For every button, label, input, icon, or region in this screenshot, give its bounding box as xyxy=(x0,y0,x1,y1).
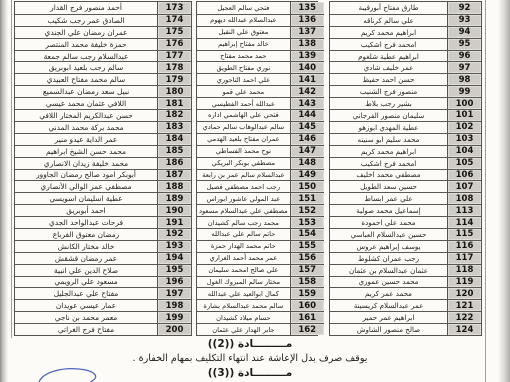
table-row: 189عطية اسليمان اسويسي xyxy=(15,192,191,204)
member-name: طارق مفتاح أبورقيبة xyxy=(330,2,447,14)
member-name: محمد علي احمودة xyxy=(330,217,447,228)
member-name: عبدالسلام سالم عمر بن رابعة xyxy=(197,170,290,181)
member-name: نوري مفتاح الطويق xyxy=(197,62,290,73)
member-number: 194 xyxy=(157,253,191,264)
table-row: 119محمد حسين عموري xyxy=(330,276,481,288)
table-row: 146عمران مفتاح بلعيد الهدمي xyxy=(197,133,324,145)
table-row: 122ابراهيم عمر حمير xyxy=(330,311,481,323)
table-row: 191فرحات عبدالواحد الجدي xyxy=(15,216,191,228)
member-number: 120 xyxy=(447,288,481,299)
member-name: سليمان منصور الفرجاني xyxy=(330,110,447,121)
member-number: 197 xyxy=(157,288,191,299)
member-name: مصطفي محمد اخليف xyxy=(330,170,447,181)
member-number: 98 xyxy=(447,74,481,85)
member-name: عمر عبدالسلام كريسينة xyxy=(330,300,447,311)
member-number: 155 xyxy=(290,241,324,252)
table-row: 194عمر رمضان قشقش xyxy=(15,252,191,264)
member-name: رجب عمران كشلوط xyxy=(330,253,447,264)
member-number: 186 xyxy=(157,158,191,169)
member-name: محمد سليم ابو سنينه xyxy=(330,134,447,145)
member-number: 185 xyxy=(157,146,191,157)
table-row: 97عمر خليف شادي xyxy=(330,61,481,73)
member-name: ابراهيم عمر حمير xyxy=(330,312,447,323)
member-number: 148 xyxy=(290,158,324,169)
member-name: فرحات عبدالواحد الجدي xyxy=(15,217,157,228)
member-number: 119 xyxy=(447,277,481,288)
member-name: إسماعيل محمد صولية xyxy=(330,205,447,216)
table-row: 148مصطفي بوبكر البريكي xyxy=(197,157,324,169)
member-number: 196 xyxy=(157,277,191,288)
table-row: 100بشير رجب بلاط xyxy=(330,97,481,109)
table-row: 178سالم رجب بلعيد ابوبريق xyxy=(15,61,191,73)
table-row: 107حسين سعد الطويل xyxy=(330,180,481,192)
frame-line-right xyxy=(485,0,486,382)
member-number: 116 xyxy=(447,241,481,252)
table-row: 94ابراهيم محمد كريم xyxy=(330,26,481,38)
member-name: خالد مختار الكانش xyxy=(15,241,157,252)
member-number: 177 xyxy=(157,51,191,62)
member-number: 187 xyxy=(157,170,191,181)
member-name: مصطفي عمر الوالي الأنصاري xyxy=(15,181,157,192)
member-number: 199 xyxy=(157,312,191,323)
table-row: 104ابراهيم محمد كريم xyxy=(330,145,481,157)
member-number: 136 xyxy=(290,15,324,26)
member-number: 161 xyxy=(290,312,324,323)
table-row: 138خالد مفتاح إبراهيم xyxy=(197,38,324,50)
table-row: 195صلاح الدين علي انبية xyxy=(15,264,191,276)
member-number: 141 xyxy=(290,74,324,85)
member-name: سالم محمد مفتاح العبيدي xyxy=(15,74,157,85)
member-number: 114 xyxy=(447,217,481,228)
member-name: امحمد فرج اشكيب xyxy=(330,158,447,169)
table-row: 135فتحي سالم العجيل xyxy=(197,2,324,14)
member-number: 200 xyxy=(157,324,191,335)
frame-line-left xyxy=(11,0,12,338)
member-name: امحمد فرج اشكيب xyxy=(330,39,447,50)
member-name: فتحي علي الهاشمي اداره xyxy=(197,110,290,121)
member-name: فتحي سالم العجيل xyxy=(197,2,290,14)
member-number: 195 xyxy=(157,265,191,276)
member-number: 192 xyxy=(157,229,191,240)
member-name: عبد المولي عاشور ابوراس xyxy=(197,193,290,204)
table-row: 190احمد أبوبريق xyxy=(15,204,191,216)
table-row: 157علي صالح امحمد سليمان xyxy=(197,264,324,276)
member-number: 122 xyxy=(447,312,481,323)
table-row: 193خالد مختار الكانش xyxy=(15,240,191,252)
table-row: 173أحمد منصور فرج القدار xyxy=(15,2,191,14)
table-row: 93علي سالم كرناقه xyxy=(330,14,481,26)
member-name: حاتم محمد الهدار حمزة xyxy=(197,241,290,252)
member-number: 96 xyxy=(447,51,481,62)
member-name: عبدالسلام رجب سالم جمعة xyxy=(15,51,157,62)
member-name: احمد أبوبريق xyxy=(15,205,157,216)
member-number: 180 xyxy=(157,86,191,97)
member-name: معمر محمد بن ناجي xyxy=(15,312,157,323)
member-name: محمد خليفة زيدان الانصاري xyxy=(15,158,157,169)
member-name: حمد محمد مفتاح xyxy=(197,51,290,62)
member-name: محمد حسين عموري xyxy=(330,277,447,288)
member-number: 143 xyxy=(290,98,324,109)
member-number: 146 xyxy=(290,134,324,145)
member-name: كمال ابوالعيد علي عبدالله xyxy=(197,288,290,299)
member-name: عطية المهدي ابوزهو xyxy=(330,122,447,133)
member-number: 107 xyxy=(447,181,481,192)
table-row: 144فتحي علي الهاشمي اداره xyxy=(197,109,324,121)
member-number: 160 xyxy=(290,300,324,311)
member-number: 108 xyxy=(447,193,481,204)
member-name: معتوق علي النقيل xyxy=(197,27,290,38)
member-number: 154 xyxy=(290,229,324,240)
member-name: عمر محمد أحمد الغراري xyxy=(197,253,290,264)
roster-table-middle: 135فتحي سالم العجيل136عبدالسلام عبدالله … xyxy=(196,1,318,336)
member-name: صالح منصور الشاوش xyxy=(330,324,447,335)
member-name: مفتاح فرج الغراتي xyxy=(15,324,157,335)
member-number: 147 xyxy=(290,146,324,157)
table-row: 108علي عمر ابساط xyxy=(330,192,481,204)
table-row: 199معمر محمد بن ناجي xyxy=(15,311,191,323)
member-number: 174 xyxy=(157,15,191,26)
member-name: ابراهيم عطية شلغوم xyxy=(330,51,447,62)
table-row: 184عمر الداية عيدو منير xyxy=(15,133,191,145)
table-row: 141علي احمد التاجوري xyxy=(197,73,324,85)
member-number: 152 xyxy=(290,205,324,216)
member-name: علي احمد التاجوري xyxy=(197,74,290,85)
table-row: 124صالح منصور الشاوش xyxy=(330,323,481,335)
member-name: مصطفي بوبكر البريكي xyxy=(197,158,290,169)
member-number: 121 xyxy=(447,300,481,311)
member-name: أحمد منصور فرج القدار xyxy=(15,2,157,14)
table-row: 196مسعود علي الرويمي xyxy=(15,276,191,288)
table-row: 151عبد المولي عاشور ابوراس xyxy=(197,192,324,204)
member-number: 118 xyxy=(447,265,481,276)
table-row: 95امحمد فرج اشكيب xyxy=(330,38,481,50)
member-name: عمر خليف شادي xyxy=(330,62,447,73)
table-row: 140نوري مفتاح الطويق xyxy=(197,61,324,73)
member-name: أبوبكر امود صالح رمضان الجاوور xyxy=(15,170,157,181)
table-row: 106مصطفي محمد اخليف xyxy=(330,169,481,181)
member-number: 124 xyxy=(447,324,481,335)
table-row: 182حسن عبدالكريم المختار اللافي xyxy=(15,109,191,121)
member-name: سالم محمد عبدالسلام بشارة xyxy=(197,300,290,311)
member-number: 181 xyxy=(157,98,191,109)
member-number: 145 xyxy=(290,122,324,133)
member-name: حسن احمد حفيظ xyxy=(330,74,447,85)
member-name: خالد مفتاح إبراهيم xyxy=(197,39,290,50)
table-row: 179سالم محمد مفتاح العبيدي xyxy=(15,73,191,85)
member-name: عمر رمضان قشقش xyxy=(15,253,157,264)
table-row: 158مختار سالم المبروك الغول xyxy=(197,276,324,288)
member-name: حسن عبدالكريم المختار اللافي xyxy=(15,110,157,121)
table-row: 200مفتاح فرج الغراتي xyxy=(15,323,191,335)
member-name: ابراهيم محمد كريم xyxy=(330,146,447,157)
table-row: 154حاتم سالم علي عبدالله xyxy=(197,228,324,240)
member-number: 158 xyxy=(290,277,324,288)
member-number: 153 xyxy=(290,217,324,228)
table-row: 192رمضان معتوق الفرباع xyxy=(15,228,191,240)
table-row: 159كمال ابوالعيد علي عبدالله xyxy=(197,287,324,299)
member-number: 97 xyxy=(447,62,481,73)
member-name: صلاح الدين علي انبية xyxy=(15,265,157,276)
member-name: بشير رجب بلاط xyxy=(330,98,447,109)
table-row: 92طارق مفتاح أبورقيبة xyxy=(330,2,481,14)
member-number: 175 xyxy=(157,27,191,38)
member-number: 115 xyxy=(447,229,481,240)
member-name: جابر الهدار علي عثمان xyxy=(197,324,290,335)
member-name: محمد بركة محمد المدني xyxy=(15,122,157,133)
member-name: مصطفي علي عبدالسلام مسعود xyxy=(197,205,290,216)
member-number: 104 xyxy=(447,146,481,157)
member-number: 144 xyxy=(290,110,324,121)
table-row: 115حسين عبدالسلام العباسي xyxy=(330,228,481,240)
member-number: 149 xyxy=(290,170,324,181)
table-row: 117رجب عمران كشلوط xyxy=(330,252,481,264)
member-number: 173 xyxy=(157,2,191,14)
table-row: 152مصطفي علي عبدالسلام مسعود xyxy=(197,204,324,216)
member-number: 135 xyxy=(290,2,324,14)
member-number: 150 xyxy=(290,181,324,192)
table-row: 99منصور فرج الشنيب xyxy=(330,85,481,97)
table-row: 113إسماعيل محمد صولية xyxy=(330,204,481,216)
table-row: 102عطية المهدي ابوزهو xyxy=(330,121,481,133)
table-row: 156عمر محمد أحمد الغراري xyxy=(197,252,324,264)
member-name: مختار سالم المبروك الغول xyxy=(197,277,290,288)
member-number: 179 xyxy=(157,74,191,85)
member-name: عبدالله أحمد الفطيسي xyxy=(197,98,290,109)
member-number: 151 xyxy=(290,193,324,204)
member-name: محمد رجب سالم كشيدان xyxy=(197,217,290,228)
member-number: 188 xyxy=(157,181,191,192)
member-name: اللافي عثمان محمد عيسي xyxy=(15,98,157,109)
member-name: مسعود علي الرويمي xyxy=(15,277,157,288)
member-name: عبدالسلام عبدالله ديهوم xyxy=(197,15,290,26)
member-name: حسين عبدالسلام العباسي xyxy=(330,229,447,240)
scanned-document-page: 173أحمد منصور فرج القدار174الصادق عمر رج… xyxy=(0,0,510,382)
table-row: 176حمزة خليفة محمد المنتصر xyxy=(15,38,191,50)
member-name: عمر الداية عيدو منير xyxy=(15,134,157,145)
table-row: 183محمد بركة محمد المدني xyxy=(15,121,191,133)
member-number: 103 xyxy=(447,134,481,145)
member-number: 138 xyxy=(290,39,324,50)
table-row: 145سالم عبدالوهاب سالم حمادي xyxy=(197,121,324,133)
member-number: 94 xyxy=(447,27,481,38)
member-number: 183 xyxy=(157,122,191,133)
member-number: 142 xyxy=(290,86,324,97)
member-name: رمضان معتوق الفرباع xyxy=(15,229,157,240)
member-number: 176 xyxy=(157,39,191,50)
table-row: 153محمد رجب سالم كشيدان xyxy=(197,216,324,228)
member-number: 99 xyxy=(447,86,481,97)
pen-signature xyxy=(33,364,113,382)
member-name: الصادق عمر رجب شكيب xyxy=(15,15,157,26)
member-number: 198 xyxy=(157,300,191,311)
member-number: 157 xyxy=(290,265,324,276)
member-name: نوح محمد الفساطي xyxy=(197,146,290,157)
table-row: 175عمران رمضان علي الجندي xyxy=(15,26,191,38)
member-number: 189 xyxy=(157,193,191,204)
member-number: 140 xyxy=(290,62,324,73)
member-number: 117 xyxy=(447,253,481,264)
table-row: 143عبدالله أحمد الفطيسي xyxy=(197,97,324,109)
member-name: محمد علي قمو xyxy=(197,86,290,97)
member-name: منصور فرج الشنيب xyxy=(330,86,447,97)
member-name: حسين سعد الطويل xyxy=(330,181,447,192)
table-row: 177عبدالسلام رجب سالم جمعة xyxy=(15,50,191,62)
table-row: 147نوح محمد الفساطي xyxy=(197,145,324,157)
member-number: 190 xyxy=(157,205,191,216)
table-row: 160سالم محمد عبدالسلام بشارة xyxy=(197,299,324,311)
table-row: 96ابراهيم عطية شلغوم xyxy=(330,50,481,62)
table-row: 197مفتاح علي عبدالجليل xyxy=(15,287,191,299)
table-row: 137معتوق علي النقيل xyxy=(197,26,324,38)
page-edge-shadow-right xyxy=(498,0,510,382)
member-number: 139 xyxy=(290,51,324,62)
table-row: 118عثمان عبدالسلام بن عثمان xyxy=(330,264,481,276)
table-row: 174الصادق عمر رجب شكيب xyxy=(15,14,191,26)
roster-table-left: 173أحمد منصور فرج القدار174الصادق عمر رج… xyxy=(14,1,192,336)
member-name: حمزة خليفة محمد المنتصر xyxy=(15,39,157,50)
member-name: نبيل سعد رمضان عبدالسميع xyxy=(15,86,157,97)
member-name: يوسف إبراهيم عروس xyxy=(330,241,447,252)
member-number: 184 xyxy=(157,134,191,145)
table-row: 149عبدالسلام سالم عمر بن رابعة xyxy=(197,169,324,181)
member-name: عثمان عبدالسلام بن عثمان xyxy=(330,265,447,276)
table-row: 188مصطفي عمر الوالي الأنصاري xyxy=(15,180,191,192)
member-number: 102 xyxy=(447,122,481,133)
member-name: عمار عيسي عويدان xyxy=(15,300,157,311)
member-name: علي سالم كرناقه xyxy=(330,15,447,26)
table-row: 155حاتم محمد الهدار حمزة xyxy=(197,240,324,252)
member-name: علي صالح امحمد سليمان xyxy=(197,265,290,276)
member-number: 101 xyxy=(447,110,481,121)
table-row: 187أبوبكر امود صالح رمضان الجاوور xyxy=(15,169,191,181)
table-row: 98حسن احمد حفيظ xyxy=(330,73,481,85)
member-number: 193 xyxy=(157,241,191,252)
member-number: 159 xyxy=(290,288,324,299)
member-number: 178 xyxy=(157,62,191,73)
member-name: علي عمر ابساط xyxy=(330,193,447,204)
member-number: 191 xyxy=(157,217,191,228)
member-name: رجب احمد مصطفي فصيل xyxy=(197,181,290,192)
table-row: 101سليمان منصور الفرجاني xyxy=(330,109,481,121)
member-name: حاتم سالم علي عبدالله xyxy=(197,229,290,240)
member-name: ابراهيم محمد كريم xyxy=(330,27,447,38)
member-name: مفتاح علي عبدالجليل xyxy=(15,288,157,299)
page-edge-shadow-left xyxy=(0,0,9,382)
table-row: 186محمد خليفة زيدان الانصاري xyxy=(15,157,191,169)
table-row: 114محمد علي احمودة xyxy=(330,216,481,228)
table-row: 162جابر الهدار علي عثمان xyxy=(197,323,324,335)
table-row: 198عمار عيسي عويدان xyxy=(15,299,191,311)
table-row: 161حسام ميلاد كشيدان xyxy=(197,311,324,323)
member-number: 156 xyxy=(290,253,324,264)
table-row: 103محمد سليم ابو سنينه xyxy=(330,133,481,145)
member-number: 105 xyxy=(447,158,481,169)
member-name: حسام ميلاد كشيدان xyxy=(197,312,290,323)
member-name: عطية اسليمان اسويسي xyxy=(15,193,157,204)
roster-table-right: 92طارق مفتاح أبورقيبة93علي سالم كرناقه94… xyxy=(329,1,482,336)
member-number: 95 xyxy=(447,39,481,50)
member-name: محمد عمر كريم xyxy=(330,288,447,299)
member-number: 137 xyxy=(290,27,324,38)
table-row: 139حمد محمد مفتاح xyxy=(197,50,324,62)
member-name: عمران مفتاح بلعيد الهدمي xyxy=(197,134,290,145)
table-row: 185محمد حسن الشيخ ابراهيم xyxy=(15,145,191,157)
member-number: 92 xyxy=(447,2,481,14)
member-number: 93 xyxy=(447,15,481,26)
article-2-heading: مـــــــــادة ((2)) xyxy=(20,338,480,351)
member-number: 162 xyxy=(290,324,324,335)
member-name: سالم عبدالوهاب سالم حمادي xyxy=(197,122,290,133)
member-number: 182 xyxy=(157,110,191,121)
table-row: 180نبيل سعد رمضان عبدالسميع xyxy=(15,85,191,97)
member-name: عمران رمضان علي الجندي xyxy=(15,27,157,38)
member-name: سالم رجب بلعيد ابوبريق xyxy=(15,62,157,73)
table-row: 136عبدالسلام عبدالله ديهوم xyxy=(197,14,324,26)
table-row: 181اللافي عثمان محمد عيسي xyxy=(15,97,191,109)
table-row: 150رجب احمد مصطفي فصيل xyxy=(197,180,324,192)
member-name: محمد حسن الشيخ ابراهيم xyxy=(15,146,157,157)
member-number: 106 xyxy=(447,170,481,181)
table-row: 120محمد عمر كريم xyxy=(330,287,481,299)
table-row: 116يوسف إبراهيم عروس xyxy=(330,240,481,252)
member-number: 113 xyxy=(447,205,481,216)
member-number: 100 xyxy=(447,98,481,109)
table-row: 121عمر عبدالسلام كريسينة xyxy=(330,299,481,311)
table-row: 105امحمد فرج اشكيب xyxy=(330,157,481,169)
table-row: 142محمد علي قمو xyxy=(197,85,324,97)
